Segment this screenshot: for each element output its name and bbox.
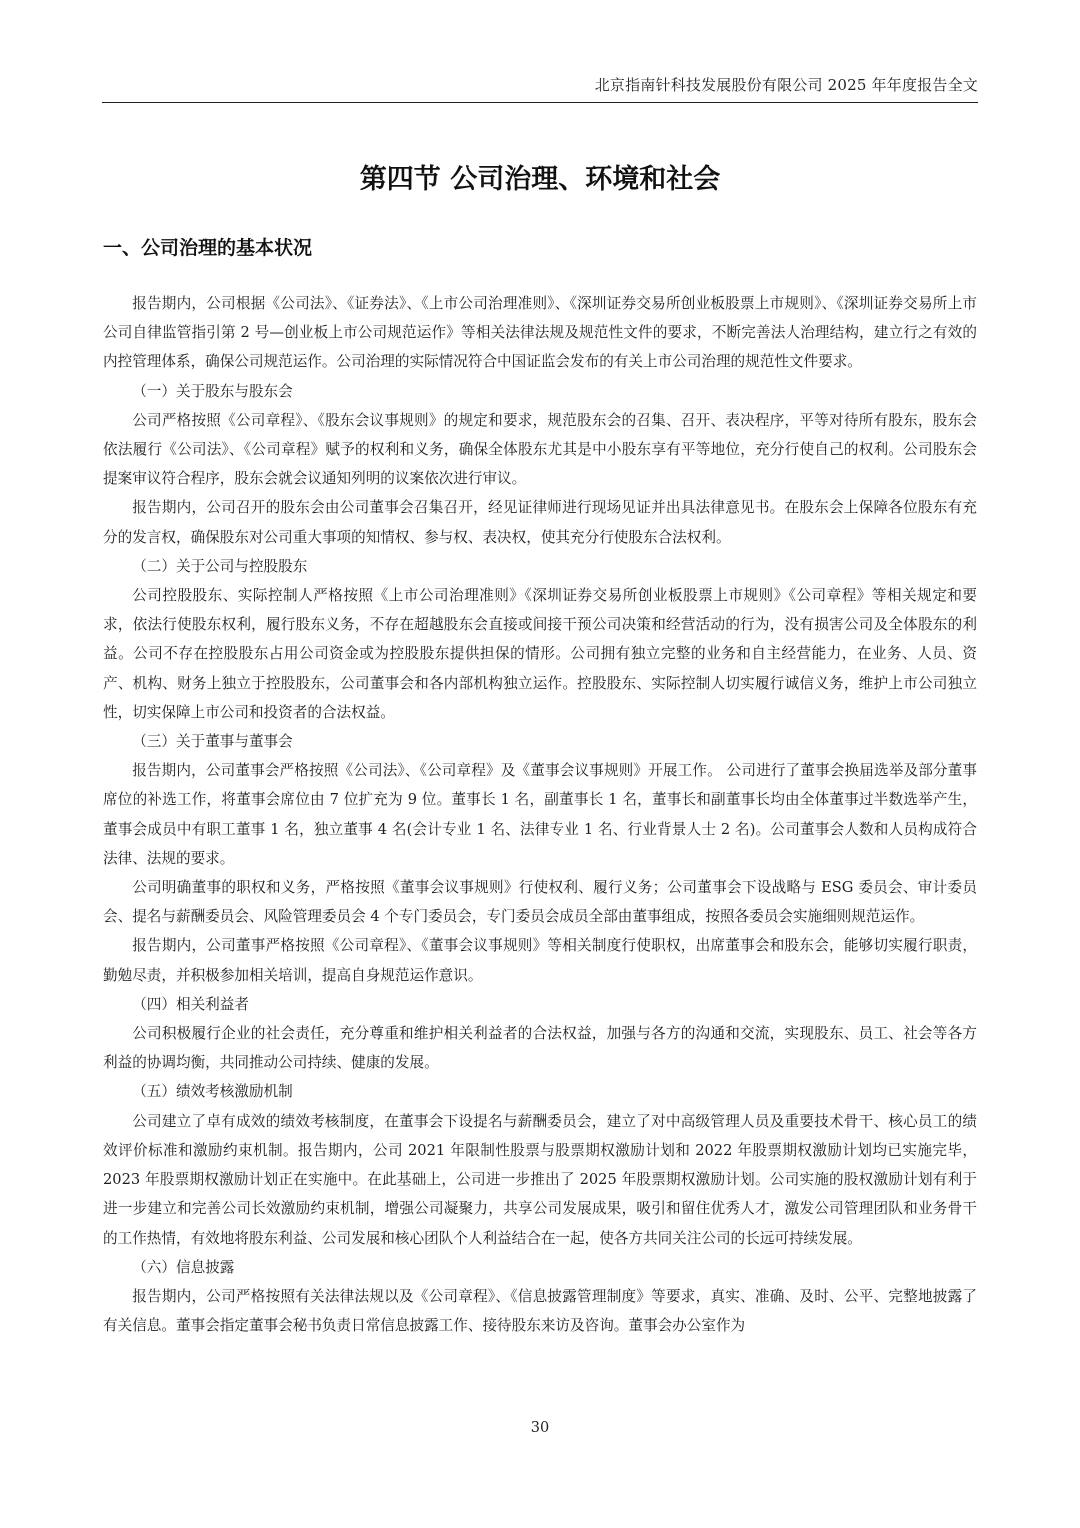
paragraph: 报告期内，公司董事严格按照《公司章程》、《董事会议事规则》等相关制度行使职权，出… bbox=[103, 931, 977, 989]
section-heading: 一、公司治理的基本状况 bbox=[103, 233, 312, 260]
paragraph: 公司积极履行企业的社会责任，充分尊重和维护相关利益者的合法权益，加强与各方的沟通… bbox=[103, 1019, 977, 1077]
paragraph: 报告期内，公司董事会严格按照《公司法》、《公司章程》及《董事会议事规则》开展工作… bbox=[103, 756, 977, 873]
paragraph: 报告期内，公司召开的股东会由公司董事会召集召开，经见证律师进行现场见证并出具法律… bbox=[103, 493, 977, 551]
header-rule bbox=[102, 102, 978, 103]
subheading: （六）信息披露 bbox=[103, 1253, 977, 1282]
subheading: （三）关于董事与董事会 bbox=[103, 727, 977, 756]
subheading: （四）相关利益者 bbox=[103, 990, 977, 1019]
subheading: （五）绩效考核激励机制 bbox=[103, 1077, 977, 1106]
paragraph: 报告期内，公司根据《公司法》、《证券法》、《上市公司治理准则》、《深圳证券交易所… bbox=[103, 289, 977, 377]
subheading: （一）关于股东与股东会 bbox=[103, 377, 977, 406]
paragraph: 公司严格按照《公司章程》、《股东会议事规则》的规定和要求，规范股东会的召集、召开… bbox=[103, 406, 977, 494]
subheading: （二）关于公司与控股股东 bbox=[103, 552, 977, 581]
document-body: 报告期内，公司根据《公司法》、《证券法》、《上市公司治理准则》、《深圳证券交易所… bbox=[103, 289, 977, 1340]
paragraph: 公司建立了卓有成效的绩效考核制度，在董事会下设提名与薪酬委员会，建立了对中高级管… bbox=[103, 1107, 977, 1253]
paragraph: 报告期内，公司严格按照有关法律法规以及《公司章程》、《信息披露管理制度》等要求，… bbox=[103, 1282, 977, 1340]
running-header: 北京指南针科技发展股份有限公司 2025 年年度报告全文 bbox=[102, 74, 978, 95]
paragraph: 公司控股股东、实际控制人严格按照《上市公司治理准则》《深圳证券交易所创业板股票上… bbox=[103, 581, 977, 727]
page-number: 30 bbox=[0, 1420, 1080, 1436]
paragraph: 公司明确董事的职权和义务，严格按照《董事会议事规则》行使权利、履行义务；公司董事… bbox=[103, 873, 977, 931]
section-title: 第四节 公司治理、环境和社会 bbox=[0, 157, 1080, 196]
